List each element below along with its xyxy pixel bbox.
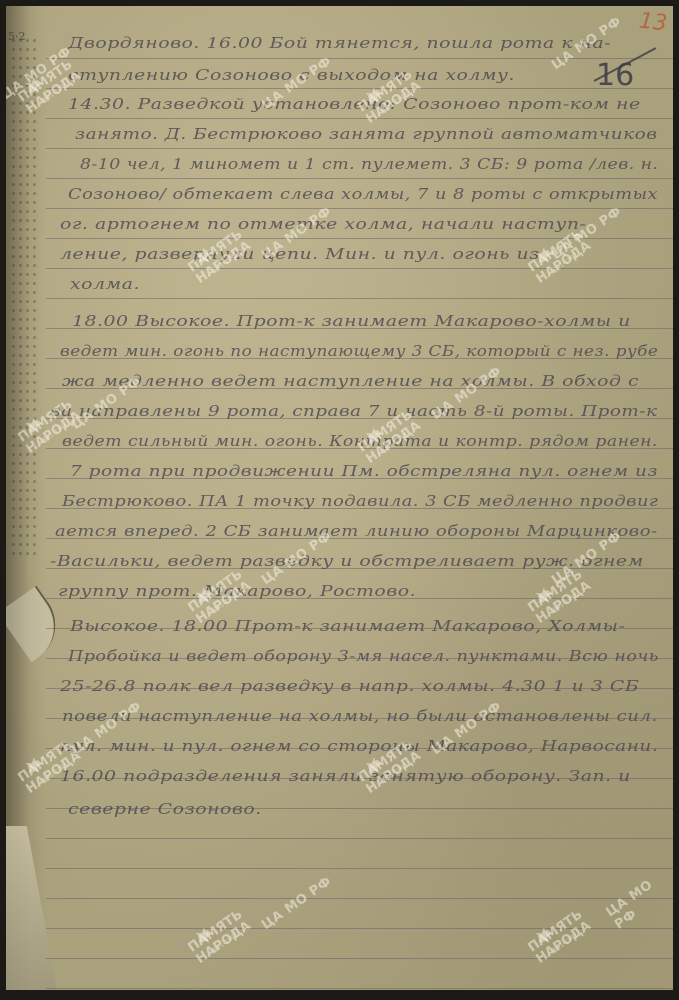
ruled-line — [46, 88, 673, 89]
corner-mark: 5·2 — [8, 30, 26, 43]
ruled-line — [46, 268, 673, 269]
star-icon: ★ — [534, 926, 554, 948]
ruled-line — [46, 58, 673, 59]
text-line: Созоново/ обтекает слева холмы, 7 и 8 ро… — [68, 187, 658, 203]
text-line: пул. мин. и пул. огнем со стороны Макаро… — [60, 739, 658, 755]
text-line: жа медленно ведет наступление на холмы. … — [62, 374, 639, 390]
text-line: ается вперед. 2 СБ занимает линию оборон… — [55, 524, 658, 540]
ruled-line — [46, 238, 673, 239]
text-line: 16.00 подразделения заняли занятую оборо… — [60, 769, 631, 785]
text-line: Пробойка и ведет оборону 3-мя насел. пун… — [68, 649, 659, 665]
ruled-line — [46, 178, 673, 179]
ruled-line — [46, 148, 673, 149]
ruled-line — [46, 958, 673, 959]
watermark-years: 1941-1945 — [549, 931, 580, 956]
text-line: ог. артогнем по отметке холма, начали на… — [60, 217, 586, 233]
text-line: -Васильки, ведет разведку и обстреливает… — [50, 554, 644, 570]
text-line: холма. — [70, 277, 140, 293]
text-line: 25-26.8 полк вел разведку в напр. холмы.… — [60, 679, 639, 695]
watermark-years: 1941-1945 — [549, 251, 580, 276]
watermark-pamyat-naroda: ★1941-1945ПАМЯТЬ НАРОДА — [356, 756, 446, 836]
watermark-camo: ЦА МО РФ — [603, 869, 673, 932]
ruled-line — [46, 208, 673, 209]
text-line: 18.00 Высокое. Прот-к занимает Макарово-… — [72, 314, 631, 330]
text-line: северне Созоново. — [68, 802, 262, 818]
ruled-line — [46, 298, 673, 299]
watermark-camo: ЦА МО РФ — [549, 204, 624, 263]
watermark-years: 1941-1945 — [549, 591, 580, 616]
text-line: ведет сильный мин. огонь. Контрата и кон… — [62, 434, 658, 450]
text-line: Высокое. 18.00 Прот-к занимает Макарово,… — [70, 619, 625, 635]
page-number: 13 — [638, 9, 668, 37]
watermark-years: 1941-1945 — [209, 931, 240, 956]
ruled-line — [46, 928, 673, 929]
text-line: Бестрюково. ПА 1 точку подавила. 3 СБ ме… — [62, 494, 658, 510]
ruled-line — [46, 838, 673, 839]
ruled-line — [46, 988, 673, 989]
star-icon: ★ — [194, 926, 214, 948]
text-line: Двордяново. 16.00 Бой тянется, пошла рот… — [68, 36, 611, 52]
text-line: 7 рота при продвижении Пм. обстреляна пу… — [70, 464, 658, 480]
ink-spots — [10, 36, 36, 556]
ruled-line — [46, 118, 673, 119]
document-page: Двордяново. 16.00 Бой тянется, пошла рот… — [6, 6, 673, 990]
ruled-line — [46, 868, 673, 869]
text-line: ведет мин. огонь по наступающему 3 СБ, к… — [60, 344, 658, 360]
ruled-line — [46, 898, 673, 899]
watermark-camo: ЦА МО РФ — [259, 874, 334, 933]
text-line: ступлению Созоново с выходом на холму. — [68, 68, 515, 84]
text-line: 14.30. Разведкой установлено: Созоново п… — [68, 97, 641, 113]
text-line: 8-10 чел, 1 миномет и 1 ст. пулемет. 3 С… — [80, 157, 659, 173]
text-line: повели наступление на холмы, но были ост… — [62, 709, 658, 725]
text-line: ление, развернули цепи. Мин. и пул. огон… — [60, 247, 540, 263]
text-line: группу прот. Макарово, Ростово. — [58, 584, 416, 600]
text-line: ва направлены 9 рота, справа 7 и часть 8… — [50, 404, 657, 420]
text-line: занято. Д. Бестрюково занята группой авт… — [75, 127, 658, 143]
star-icon: ★ — [534, 586, 554, 608]
